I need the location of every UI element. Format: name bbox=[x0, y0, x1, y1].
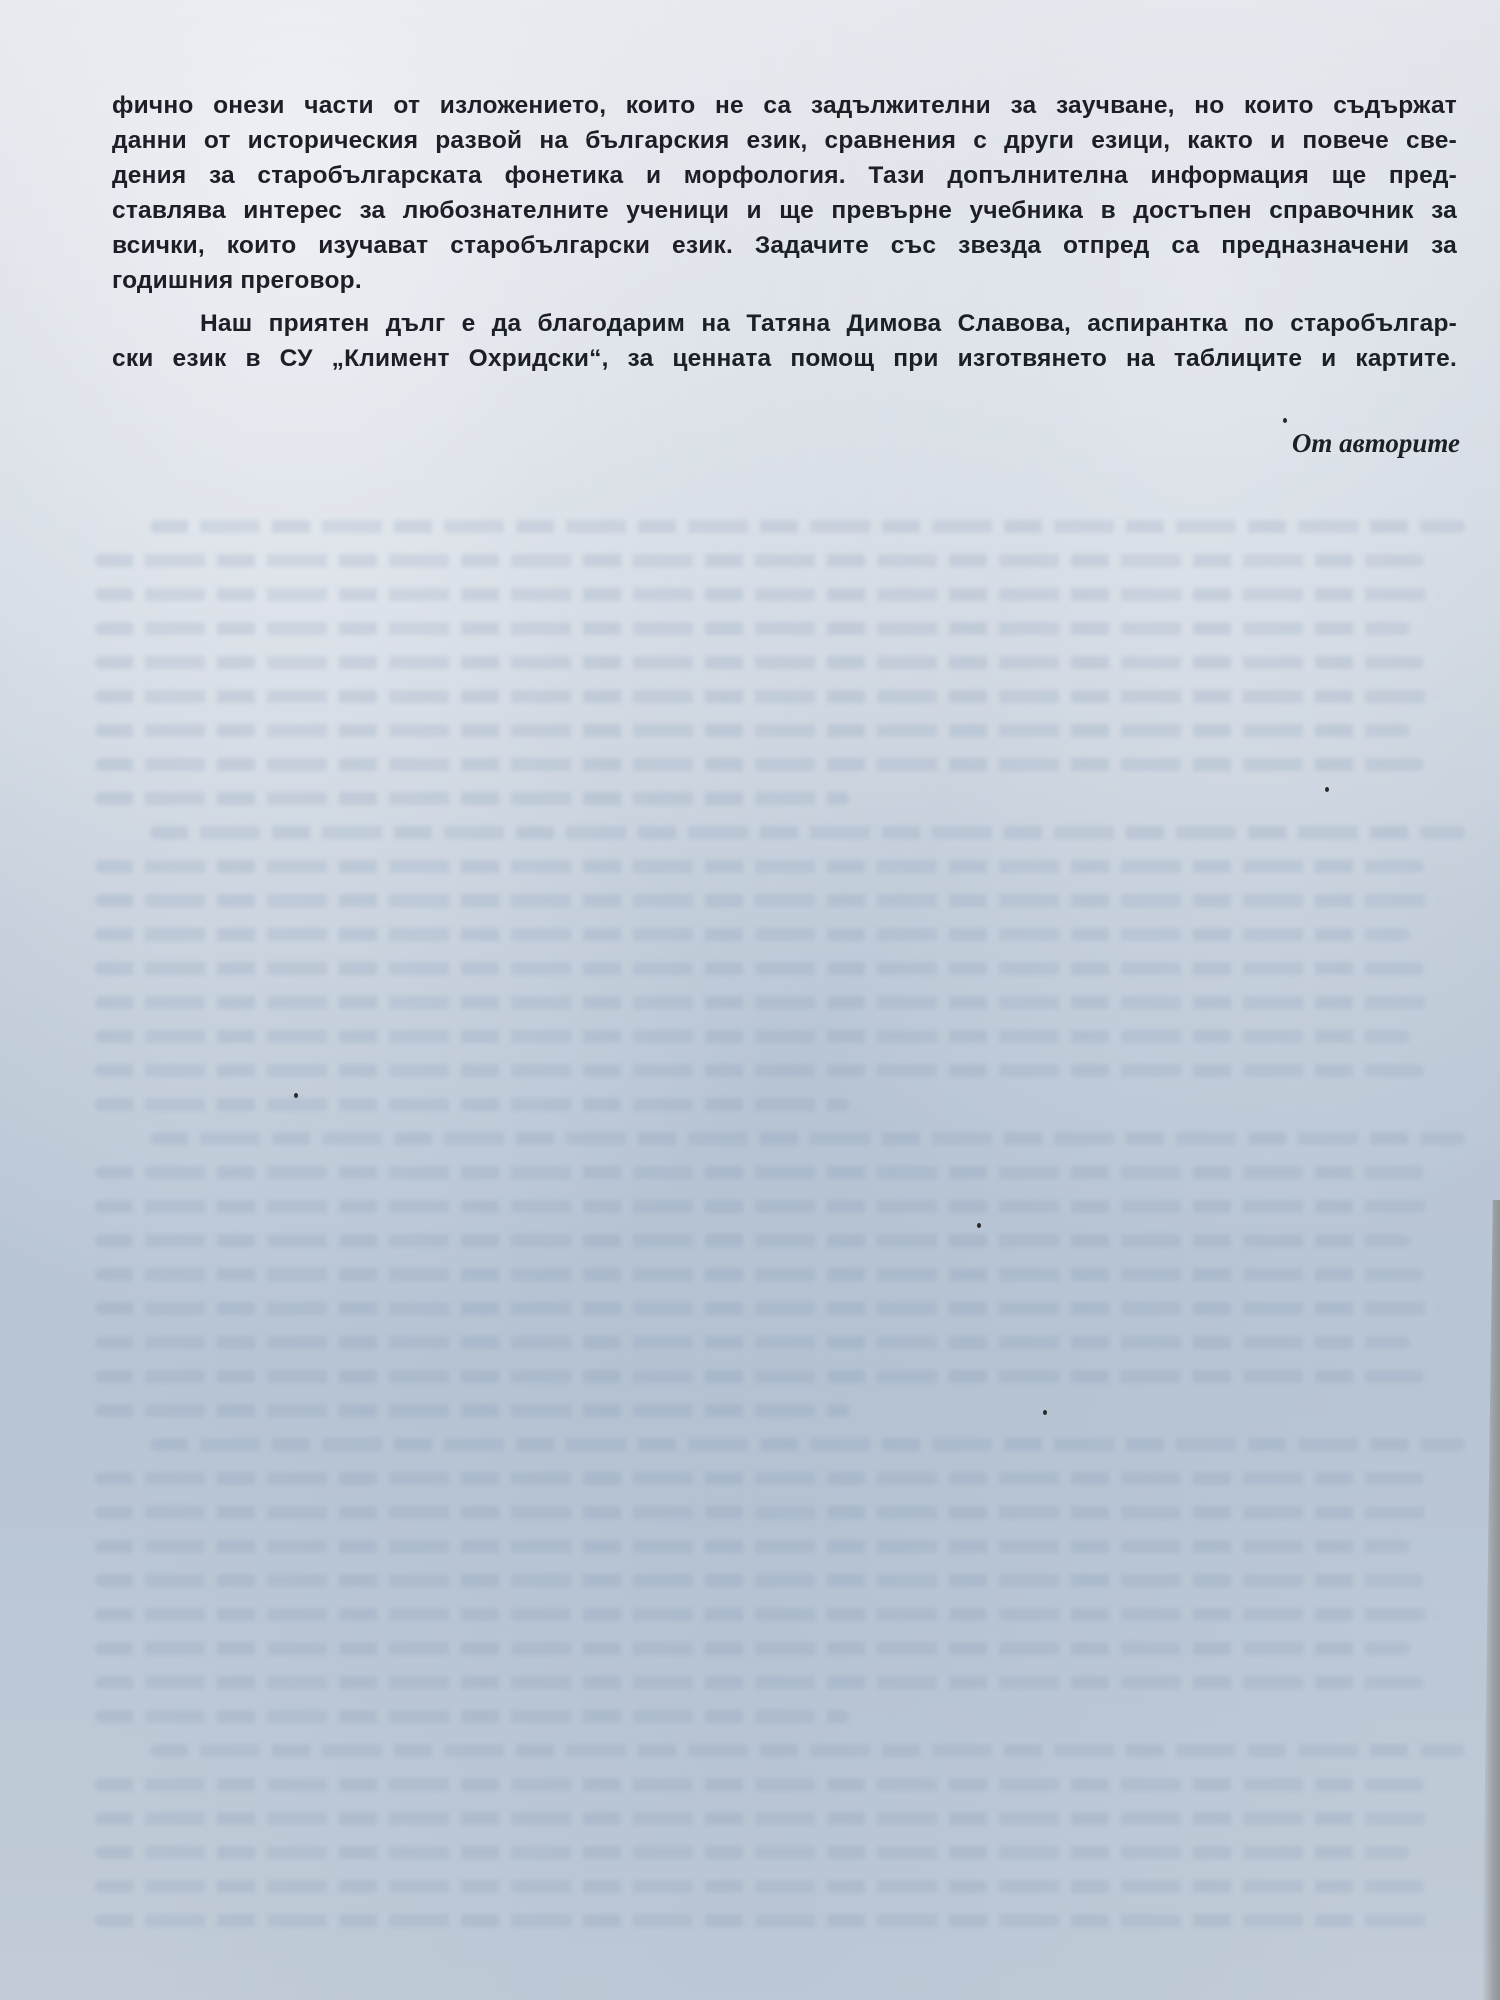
bleed-line bbox=[150, 520, 1465, 533]
bleed-line bbox=[95, 1574, 1424, 1587]
bleed-line bbox=[95, 1302, 1438, 1315]
bleed-line bbox=[95, 588, 1438, 601]
text-line: фично онези части от изложението, които … bbox=[112, 88, 1457, 123]
bleed-line bbox=[95, 1540, 1410, 1553]
ink-speck bbox=[294, 1093, 298, 1098]
bleed-line bbox=[95, 962, 1424, 975]
ink-speck bbox=[1283, 418, 1287, 423]
bleed-line bbox=[95, 1880, 1424, 1893]
bleed-line bbox=[150, 826, 1465, 839]
bleed-line bbox=[95, 1778, 1424, 1791]
signature: От авторите bbox=[1292, 428, 1460, 459]
bleed-line bbox=[95, 1030, 1410, 1043]
bleed-line bbox=[95, 656, 1424, 669]
bleed-line bbox=[95, 860, 1424, 873]
text-line: ски език в СУ „Климент Охридски“, за цен… bbox=[112, 341, 1457, 376]
text-line: дения за старобългарската фонетика и мор… bbox=[112, 158, 1457, 193]
bleed-line bbox=[95, 1404, 849, 1417]
ink-speck bbox=[977, 1223, 981, 1228]
bleed-line bbox=[95, 1846, 1410, 1859]
book-page: фично онези части от изложението, които … bbox=[0, 0, 1500, 2000]
body-text: фично онези части от изложението, които … bbox=[112, 88, 1457, 376]
bleed-line bbox=[95, 1098, 849, 1111]
bleed-line bbox=[95, 1234, 1410, 1247]
bleed-line bbox=[95, 554, 1424, 567]
bleed-line bbox=[95, 792, 849, 805]
bleed-line bbox=[95, 1914, 1438, 1927]
text-line: всички, които изучават старобългарски ез… bbox=[112, 228, 1457, 263]
bleed-line bbox=[95, 894, 1438, 907]
bleed-line bbox=[95, 1370, 1424, 1383]
bleed-through-text bbox=[95, 520, 1465, 1970]
bleed-line bbox=[95, 758, 1424, 771]
bleed-line bbox=[95, 690, 1438, 703]
bleed-line bbox=[95, 1710, 849, 1723]
bleed-line bbox=[95, 1200, 1438, 1213]
bleed-line bbox=[95, 1676, 1424, 1689]
bleed-line bbox=[150, 1132, 1465, 1145]
bleed-line bbox=[150, 1744, 1465, 1757]
bleed-line bbox=[95, 1336, 1410, 1349]
paragraph-2: Наш приятен дълг е да благодарим на Татя… bbox=[112, 306, 1457, 376]
bleed-line bbox=[95, 1472, 1424, 1485]
bleed-line bbox=[95, 1166, 1424, 1179]
bleed-line bbox=[95, 1642, 1410, 1655]
page-edge bbox=[1482, 1200, 1500, 2000]
bleed-line bbox=[95, 1268, 1424, 1281]
ink-speck bbox=[1325, 787, 1329, 792]
ink-speck bbox=[1043, 1410, 1047, 1415]
bleed-line bbox=[95, 622, 1410, 635]
bleed-line bbox=[95, 1506, 1438, 1519]
bleed-line bbox=[95, 724, 1410, 737]
text-line: Наш приятен дълг е да благодарим на Татя… bbox=[112, 306, 1457, 341]
text-line: ставлява интерес за любознателните учени… bbox=[112, 193, 1457, 228]
bleed-line bbox=[95, 928, 1410, 941]
bleed-line bbox=[150, 1438, 1465, 1451]
paragraph-1: фично онези части от изложението, които … bbox=[112, 88, 1457, 298]
bleed-line bbox=[95, 1608, 1438, 1621]
bleed-line bbox=[95, 996, 1438, 1009]
text-line: данни от историческия развой на българск… bbox=[112, 123, 1457, 158]
bleed-line bbox=[95, 1064, 1424, 1077]
text-line: годишния преговор. bbox=[112, 263, 1457, 298]
bleed-line bbox=[95, 1812, 1438, 1825]
